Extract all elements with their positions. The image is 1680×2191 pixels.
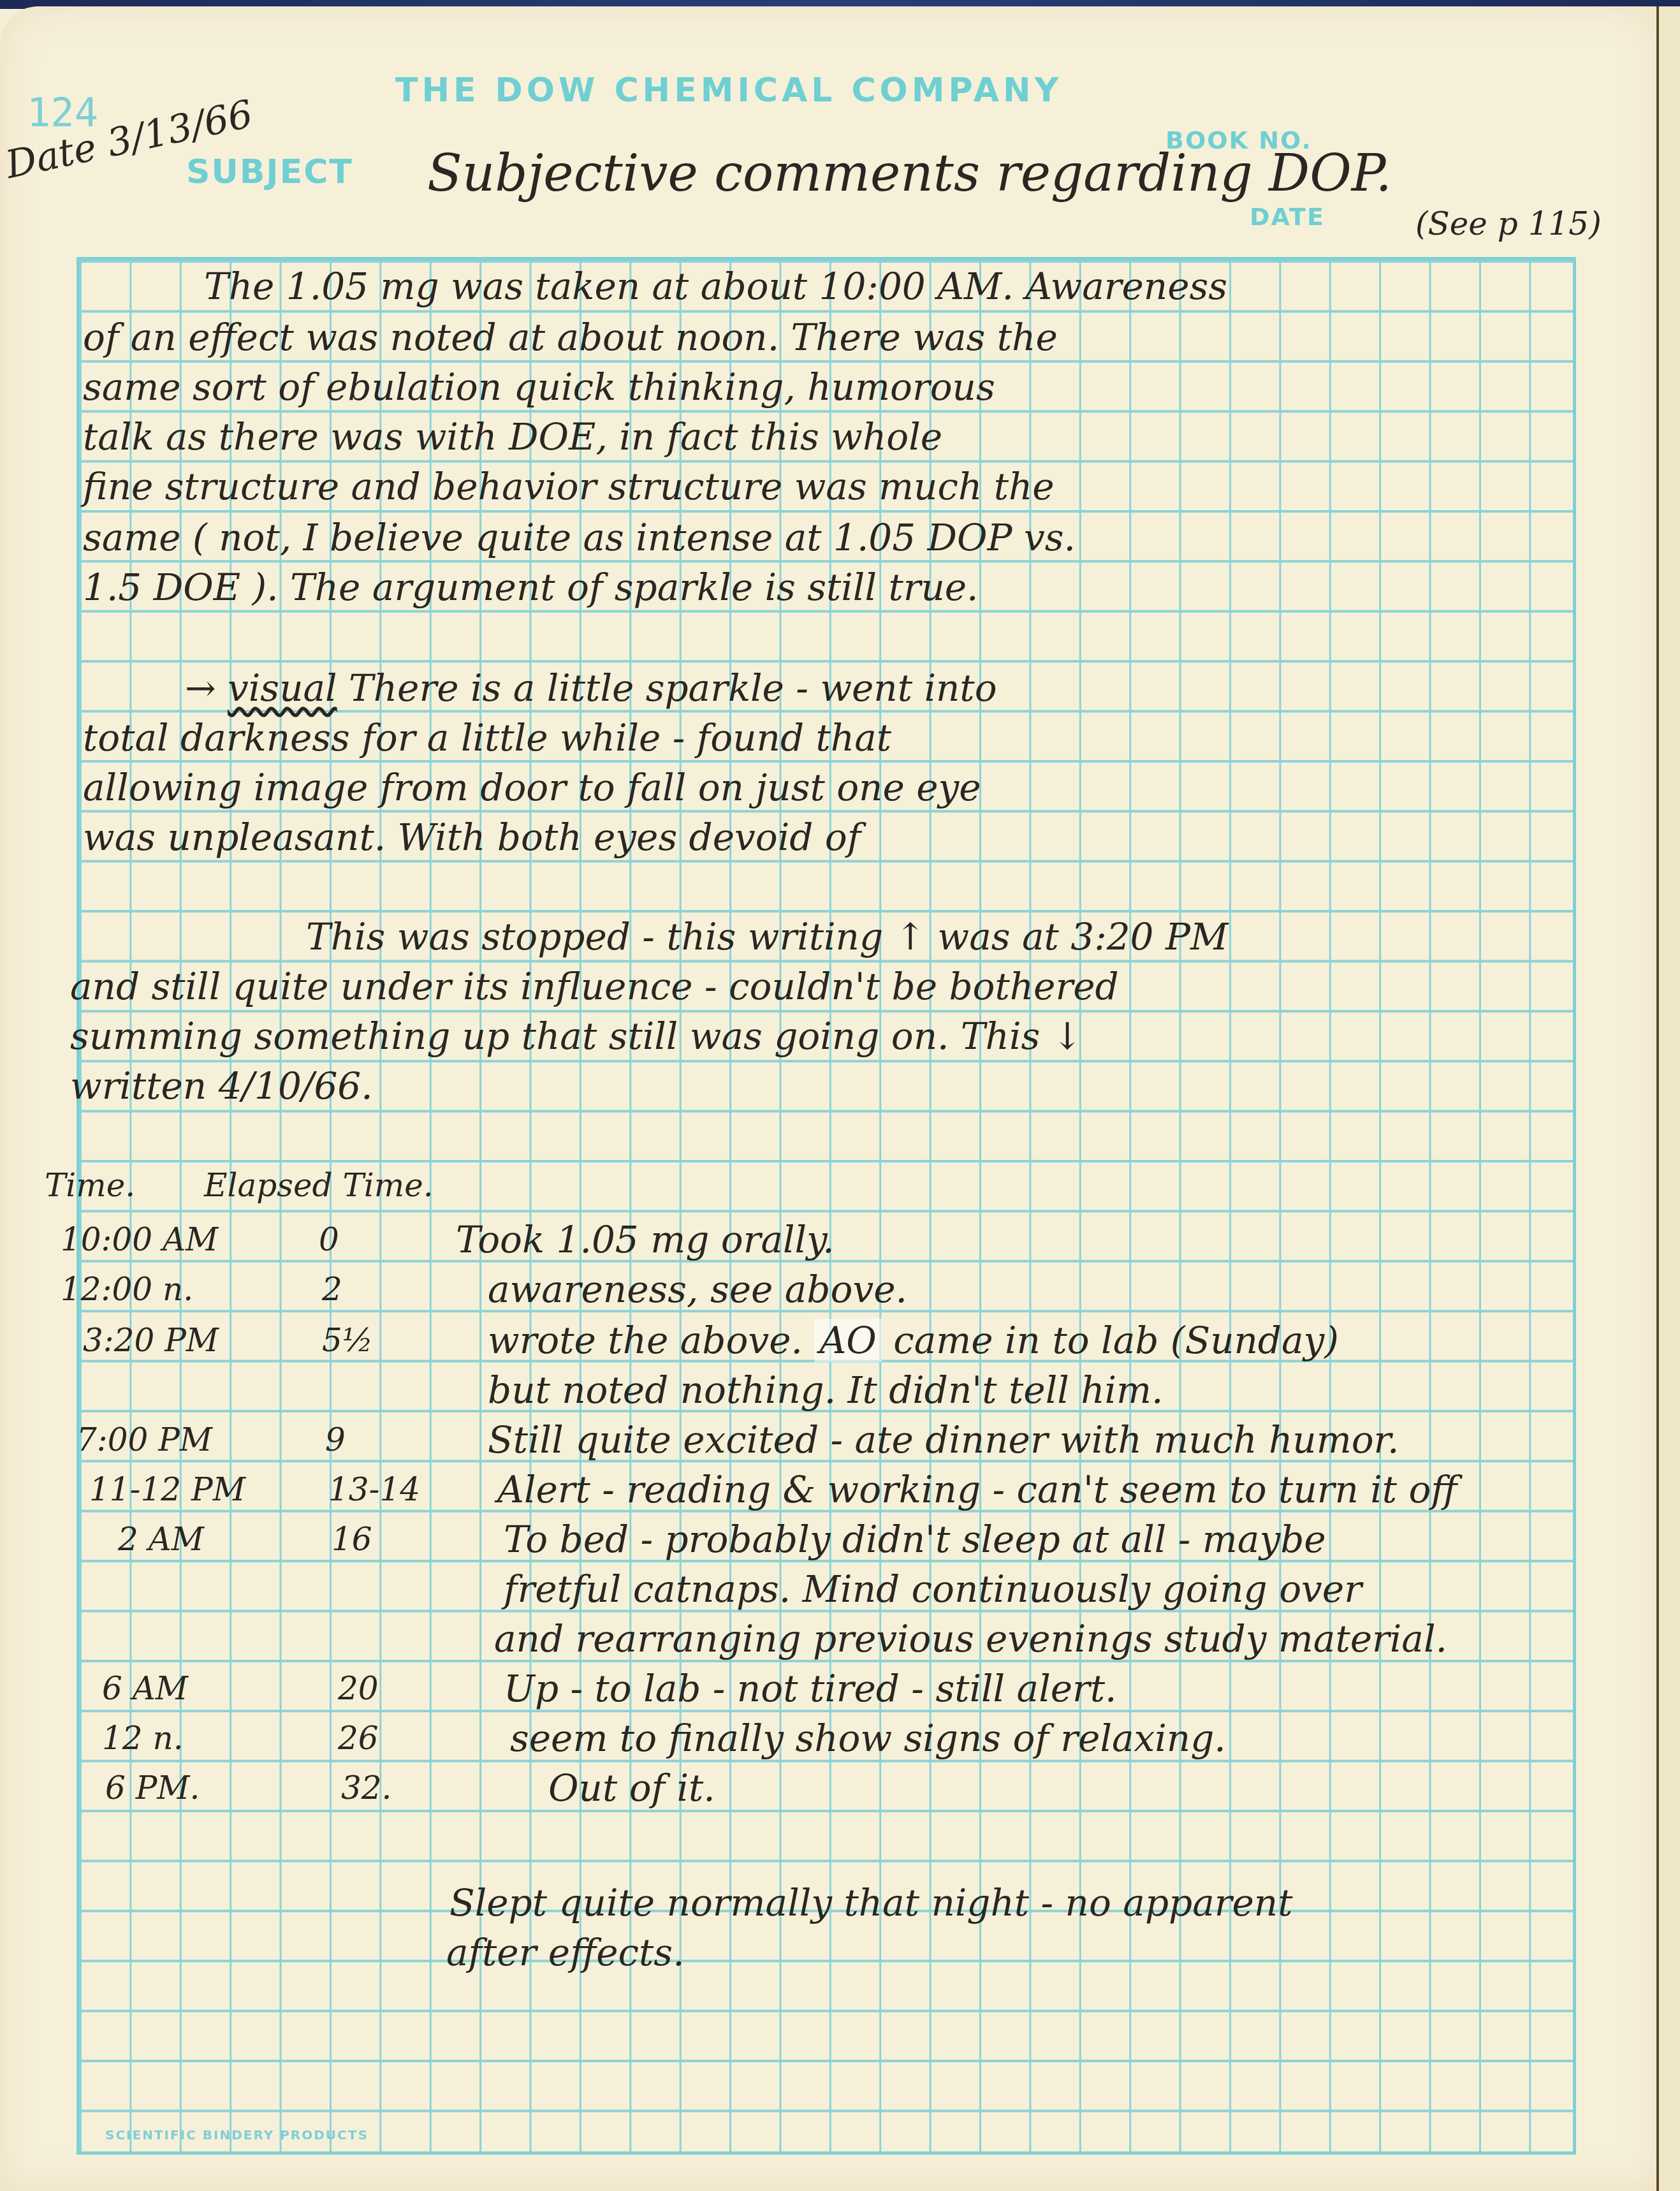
row-note: To bed - probably didn't sleep at all - … bbox=[504, 1514, 1326, 1564]
text-line: and still quite under its influence - co… bbox=[70, 962, 1119, 1011]
row-elapsed: 5½ bbox=[322, 1322, 373, 1359]
row-time: 10:00 AM bbox=[61, 1221, 218, 1258]
row-note: Alert - reading & working - can't seem t… bbox=[497, 1465, 1457, 1514]
row-note: Took 1.05 mg orally. bbox=[456, 1215, 835, 1264]
header-time: Time. bbox=[45, 1167, 135, 1204]
row-note: Out of it. bbox=[548, 1763, 715, 1813]
row-elapsed: 13-14 bbox=[328, 1471, 420, 1508]
row-elapsed: 16 bbox=[332, 1521, 372, 1558]
text-line: total darkness for a little while - foun… bbox=[83, 713, 891, 763]
text-line: after effects. bbox=[446, 1928, 685, 1977]
subject-text: Subjective comments regarding DOP. bbox=[427, 143, 1392, 203]
row-note: wrote the above. bbox=[488, 1319, 803, 1362]
row-elapsed: 26 bbox=[338, 1720, 379, 1757]
text-line: written 4/10/66. bbox=[70, 1061, 373, 1111]
text-line: There is a little sparkle - went into bbox=[349, 666, 997, 710]
row-time: 11-12 PM bbox=[89, 1471, 245, 1508]
row-note: came in to lab (Sunday) bbox=[893, 1319, 1339, 1362]
text-line: 1.5 DOE ). The argument of sparkle is st… bbox=[83, 562, 979, 612]
text-line: talk as there was with DOE, in fact this… bbox=[83, 412, 942, 462]
text-line: same sort of ebulation quick thinking, h… bbox=[83, 362, 995, 412]
row-time: 6 PM. bbox=[105, 1770, 200, 1806]
row-elapsed: 2 bbox=[322, 1271, 342, 1308]
row-elapsed: 32. bbox=[341, 1770, 392, 1806]
row-note: fretful catnaps. Mind continuously going… bbox=[504, 1564, 1362, 1614]
row-time: 7:00 PM bbox=[77, 1421, 212, 1458]
row-note: awareness, see above. bbox=[488, 1264, 907, 1314]
text-line: Slept quite normally that night - no app… bbox=[449, 1878, 1292, 1928]
text-line: of an effect was noted at about noon. Th… bbox=[83, 312, 1058, 362]
row-elapsed: 0 bbox=[319, 1221, 339, 1258]
printer-imprint: SCIENTIFIC BINDERY PRODUCTS bbox=[105, 2127, 369, 2143]
row-time: 2 AM bbox=[118, 1521, 204, 1558]
row-time: 12 n. bbox=[102, 1720, 184, 1757]
company-name: THE DOW CHEMICAL COMPANY bbox=[395, 71, 1062, 110]
next-page-edge bbox=[1656, 6, 1680, 2191]
see-page-reference: (See p 115) bbox=[1415, 205, 1602, 242]
row-time: 3:20 PM bbox=[83, 1322, 219, 1359]
text-line: same ( not, I believe quite as intense a… bbox=[83, 513, 1076, 562]
row-note: but noted nothing. It didn't tell him. bbox=[488, 1365, 1164, 1415]
date-label: DATE bbox=[1250, 203, 1325, 231]
text-line: fine structure and behavior structure wa… bbox=[83, 462, 1055, 511]
text-line: was unpleasant. With both eyes devoid of bbox=[83, 812, 861, 862]
row-elapsed: 20 bbox=[338, 1670, 379, 1707]
initials-ao: AO bbox=[814, 1319, 881, 1362]
text-line: The 1.05 mg was taken at about 10:00 AM.… bbox=[204, 261, 1227, 311]
row-elapsed: 9 bbox=[325, 1421, 346, 1458]
header-elapsed-time: Elapsed Time. bbox=[204, 1167, 434, 1204]
row-note: Up - to lab - not tired - still alert. bbox=[504, 1664, 1116, 1713]
row-note: seem to finally show signs of relaxing. bbox=[510, 1713, 1226, 1763]
text-line: This was stopped - this writing ↑ was at… bbox=[306, 912, 1228, 962]
arrow-right-icon: → bbox=[185, 666, 216, 710]
row-note: Still quite excited - ate dinner with mu… bbox=[488, 1415, 1399, 1465]
text-line: summing something up that still was goin… bbox=[70, 1011, 1083, 1061]
row-time: 12:00 n. bbox=[61, 1271, 193, 1308]
text-line: allowing image from door to fall on just… bbox=[83, 763, 981, 812]
row-time: 6 AM bbox=[102, 1670, 188, 1707]
subject-label: SUBJECT bbox=[186, 153, 353, 191]
row-note: and rearranging previous evenings study … bbox=[494, 1614, 1447, 1664]
visual-label: visual bbox=[228, 666, 337, 710]
